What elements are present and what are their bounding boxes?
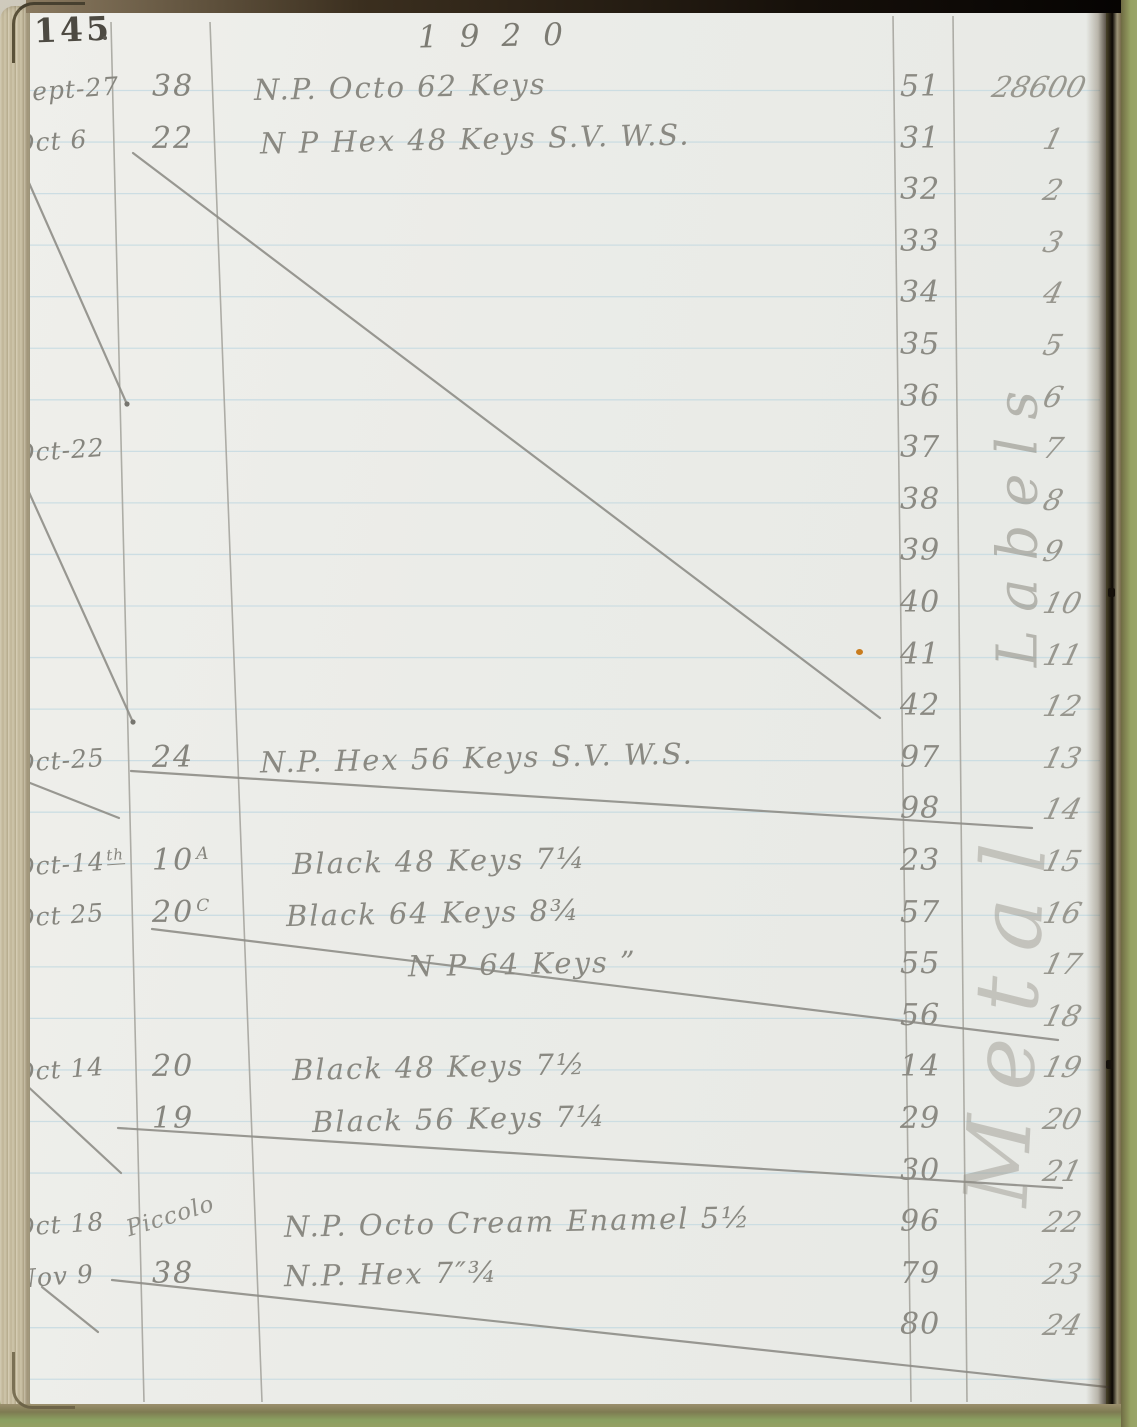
ledger-row: 399 <box>0 520 1137 572</box>
serial-cell: 56 <box>900 998 958 1033</box>
desc-cell: N.P. Octo 62 Keys <box>254 67 547 107</box>
desc-cell: Black 48 Keys 7½ <box>292 1047 587 1087</box>
ledger-row: Oct-2524N.P. Hex 56 Keys S.V. W.S.9713 <box>0 727 1137 779</box>
ledger-row: Nov 938N.P. Hex 7″¾7923 <box>0 1243 1137 1295</box>
serial-cell: 38 <box>900 482 958 517</box>
qty-cell: 20C <box>152 895 211 930</box>
qty-cell: 38 <box>152 1256 194 1291</box>
superscript: C <box>196 896 211 916</box>
ledger-row: 355 <box>0 314 1137 366</box>
serial-cell: 98 <box>900 791 958 826</box>
serial-cell: 31 <box>900 121 958 156</box>
serial-cell: 14 <box>900 1049 958 1084</box>
serial-cell: 80 <box>900 1307 958 1342</box>
ledger-row: Oct 622N P Hex 48 Keys S.V. W.S.311 <box>0 108 1137 160</box>
binding-gutter <box>1086 8 1126 1408</box>
serial-cell: 36 <box>900 379 958 414</box>
desc-cell: Black 64 Keys 8¾ <box>286 893 581 933</box>
serial-cell: 32 <box>900 172 958 207</box>
qty-cell: Piccolo <box>123 1191 217 1242</box>
superscript: A <box>196 844 210 864</box>
serial-cell: 34 <box>900 275 958 310</box>
ledger-row: Sept-2738N.P. Octo 62 Keys5128600 <box>0 56 1137 108</box>
right-cover-edge <box>1121 0 1137 1427</box>
serial-cell: 41 <box>900 637 958 672</box>
ledger-row: 344 <box>0 262 1137 314</box>
margin-note-labels: Labels <box>986 373 1051 667</box>
desc-cell: Black 48 Keys 7¼ <box>292 841 587 881</box>
serial-cell: 79 <box>900 1256 958 1291</box>
top-cover-edge <box>26 0 1137 13</box>
serial-cell: 37 <box>900 430 958 465</box>
corner-bottom-left <box>12 1352 75 1409</box>
ledger-row: Oct-22377 <box>0 417 1137 469</box>
ledger-row: 4212 <box>0 675 1137 727</box>
serial-cell: 42 <box>900 688 958 723</box>
serial-cell: 23 <box>900 843 958 878</box>
serial-cell: 40 <box>900 585 958 620</box>
qty-cell: 24 <box>152 740 194 775</box>
ledger-row: 4010 <box>0 572 1137 624</box>
ledger-row: 8024 <box>0 1294 1137 1346</box>
serial-cell: 97 <box>900 740 958 775</box>
ledger-row: 388 <box>0 469 1137 521</box>
ledger-row: 322 <box>0 159 1137 211</box>
desc-cell: N P 64 Keys ” <box>408 945 637 984</box>
qty-cell: 19 <box>152 1101 194 1136</box>
rows-layer: Sept-2738N.P. Octo 62 Keys5128600Oct 622… <box>0 0 1137 1427</box>
superscript: th <box>106 845 125 865</box>
desc-cell: Black 56 Keys 7¼ <box>312 1099 607 1139</box>
serial-cell: 57 <box>900 895 958 930</box>
serial-cell: 51 <box>900 69 958 104</box>
serial-cell: 33 <box>900 224 958 259</box>
ledger-page-scan: 145 1920 Sept-2738N.P. Octo 62 Keys51286… <box>0 0 1137 1427</box>
left-page-edges <box>0 6 30 1414</box>
serial-cell: 39 <box>900 533 958 568</box>
ledger-row: 333 <box>0 211 1137 263</box>
qty-cell: 22 <box>152 121 194 156</box>
binding-speck <box>1108 588 1115 597</box>
serial-cell: 35 <box>900 327 958 362</box>
qty-cell: 10A <box>152 843 210 878</box>
margin-note-metal: Metal <box>944 815 1067 1208</box>
desc-cell: N P Hex 48 Keys S.V. W.S. <box>260 117 691 160</box>
qty-cell: 38 <box>152 69 194 104</box>
serial-cell: 55 <box>900 946 958 981</box>
desc-cell: N.P. Hex 7″¾ <box>284 1255 499 1293</box>
rust-speck <box>856 649 863 655</box>
qty-cell: 20 <box>152 1049 194 1084</box>
binding-speck <box>1106 1060 1113 1069</box>
corner-top-left <box>12 2 85 63</box>
desc-cell: N.P. Octo Cream Enamel 5½ <box>284 1200 752 1244</box>
ledger-row: 366 <box>0 366 1137 418</box>
ledger-row: 4111 <box>0 624 1137 676</box>
serial-cell: 96 <box>900 1204 958 1239</box>
bottom-cover-edge <box>0 1404 1137 1427</box>
desc-cell: N.P. Hex 56 Keys S.V. W.S. <box>260 736 694 779</box>
